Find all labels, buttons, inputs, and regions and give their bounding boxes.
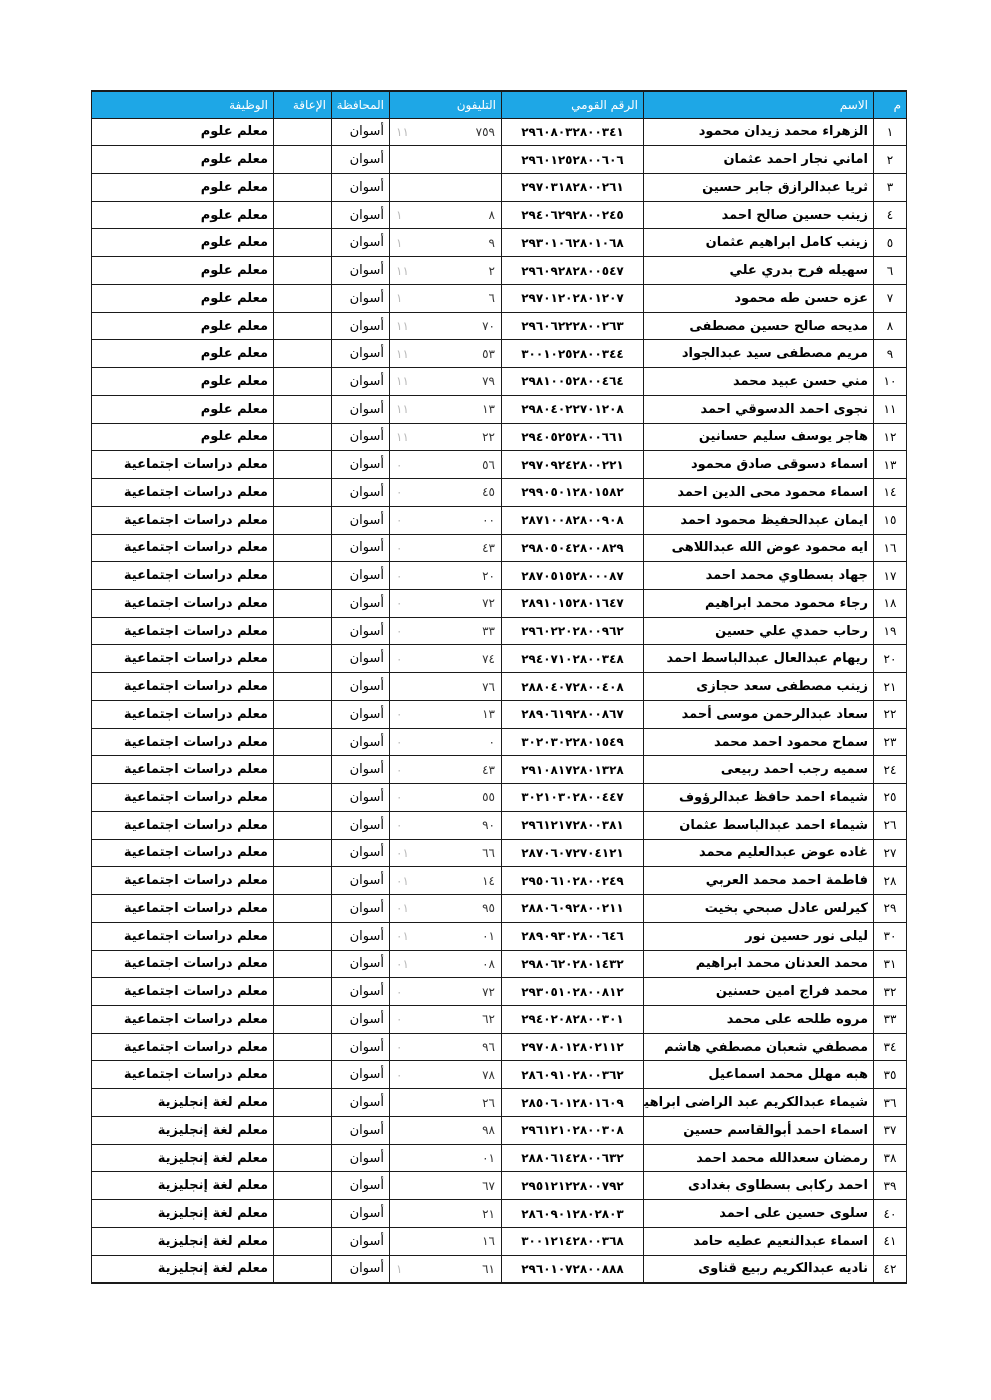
national-id-cell: ٢٩٤٠٥٢٥٢٨٠٠٦٦١: [502, 423, 644, 451]
row-number: ٣: [874, 173, 907, 201]
header-row: م الاسم الرقم القومي التليفون المحافظة ا…: [92, 91, 907, 118]
job-cell: معلم دراسات اجتماعية: [92, 700, 274, 728]
national-id-cell: ٢٩٨٠٤٠٢٢٧٠١٢٠٨: [502, 395, 644, 423]
governorate-cell: أسوان: [332, 562, 390, 590]
phone-visible-end: ٠: [396, 790, 402, 804]
name-cell: هاجر يوسف سليم حسانين: [644, 423, 874, 451]
table-row: ٤١اسماء عبدالنعيم عطيه حامد٣٠٠١٢١٤٢٨٠٠٣٦…: [92, 1227, 907, 1255]
row-number: ٢٩: [874, 895, 907, 923]
phone-visible-start: ٧٥٩: [476, 125, 495, 139]
phone-visible-end: ١: [396, 1262, 402, 1276]
phone-cell: ٨١: [390, 201, 502, 229]
table-row: ٣٠ليلى نور حسين نور٢٨٩٠٩٣٠٢٨٠٠٦٤٦٠١٠١أسو…: [92, 922, 907, 950]
phone-visible-start: ٦: [489, 291, 495, 305]
row-number: ١٢: [874, 423, 907, 451]
name-cell: جهاد بسطاوي محمد احمد: [644, 562, 874, 590]
row-number: ١٥: [874, 506, 907, 534]
job-cell: معلم دراسات اجتماعية: [92, 895, 274, 923]
governorate-cell: أسوان: [332, 756, 390, 784]
name-cell: فاطمة احمد محمد العربي: [644, 867, 874, 895]
phone-redaction: [412, 148, 473, 171]
job-cell: معلم دراسات اجتماعية: [92, 867, 274, 895]
name-cell: اسماء دسوقى صادق محمود: [644, 451, 874, 479]
national-id-cell: ٢٩٦٠٢٢٠٢٨٠٠٩٦٢: [502, 617, 644, 645]
national-id-cell: ٣٠٠١٠٢٥٢٨٠٠٣٤٤: [502, 340, 644, 368]
national-id-cell: ٢٩٤٠٦٢٩٢٨٠٠٢٤٥: [502, 201, 644, 229]
governorate-cell: أسوان: [332, 395, 390, 423]
table-header: م الاسم الرقم القومي التليفون المحافظة ا…: [92, 91, 907, 118]
phone-cell: ٧٥٩١١: [390, 118, 502, 146]
phone-visible-end: ٠: [396, 569, 402, 583]
phone-visible-end: ١١: [396, 402, 409, 416]
name-cell: كيرلس عادل صبحي بخيت: [644, 895, 874, 923]
job-cell: معلم دراسات اجتماعية: [92, 978, 274, 1006]
phone-cell: ٢٠٠: [390, 562, 502, 590]
table-row: ١الزهراء محمد زيدان محمود٢٩٦٠٨٠٣٢٨٠٠٣٤١٧…: [92, 118, 907, 146]
name-cell: مصطفي شعبان مصطفي هاشم: [644, 1033, 874, 1061]
job-cell: معلم علوم: [92, 257, 274, 285]
disability-cell: [274, 1227, 332, 1255]
name-cell: مروه طلحه على محمد: [644, 1006, 874, 1034]
phone-visible-end: ٠: [396, 541, 402, 555]
phone-redaction: [412, 897, 473, 920]
national-id-cell: ٣٠٠١٢١٤٢٨٠٠٣٦٨: [502, 1227, 644, 1255]
phone-redaction: [412, 1202, 473, 1225]
table-row: ٦سهيله فرح بدري علي٢٩٦٠٩٢٨٢٨٠٠٥٤٧٢١١أسوا…: [92, 257, 907, 285]
national-id-cell: ٢٩٨١٠٠٥٢٨٠٠٤٦٤: [502, 368, 644, 396]
job-cell: معلم لغة إنجليزية: [92, 1255, 274, 1283]
job-cell: معلم علوم: [92, 118, 274, 146]
table-row: ١٨رجاء محمود محمد ابراهيم٢٨٩١٠١٥٢٨٠١٦٤٧٧…: [92, 589, 907, 617]
disability-cell: [274, 784, 332, 812]
phone-cell: ٦٦٠١: [390, 839, 502, 867]
phone-cell: ٩٨: [390, 1116, 502, 1144]
phone-visible-end: ٠: [396, 1012, 402, 1026]
name-cell: مني حسن عبيد محمد: [644, 368, 874, 396]
phone-visible-start: ٠٠: [482, 513, 495, 527]
phone-visible-end: ١١: [396, 347, 409, 361]
national-id-cell: ٢٩٤٠٢٠٨٢٨٠٠٣٠١: [502, 1006, 644, 1034]
phone-cell: ١٣١١: [390, 395, 502, 423]
row-number: ٢٥: [874, 784, 907, 812]
governorate-cell: أسوان: [332, 257, 390, 285]
header-national-id: الرقم القومي: [502, 91, 644, 118]
national-id-cell: ٢٩٤٠٧١٠٢٨٠٠٣٤٨: [502, 645, 644, 673]
row-number: ٣٤: [874, 1033, 907, 1061]
phone-cell: ٥٦٠: [390, 451, 502, 479]
row-number: ١٨: [874, 589, 907, 617]
phone-redaction: [412, 342, 473, 365]
name-cell: رمضان سعدالله محمد احمد: [644, 1144, 874, 1172]
disability-cell: [274, 229, 332, 257]
table-row: ٢٧غاده عوض عبدالعليم محمد٢٨٧٠٦٠٧٢٧٠٤١٢١٦…: [92, 839, 907, 867]
phone-visible-start: ٠: [489, 735, 495, 749]
row-number: ٣٧: [874, 1116, 907, 1144]
governorate-cell: أسوان: [332, 1061, 390, 1089]
governorate-cell: أسوان: [332, 1006, 390, 1034]
job-cell: معلم دراسات اجتماعية: [92, 839, 274, 867]
table-row: ٤٢ناديه عبدالكريم ربيع قناوى٢٩٦٠١٠٧٢٨٠٠٨…: [92, 1255, 907, 1283]
row-number: ٤٠: [874, 1200, 907, 1228]
row-number: ١٣: [874, 451, 907, 479]
row-number: ٥: [874, 229, 907, 257]
disability-cell: [274, 1089, 332, 1117]
name-cell: احمد ركابى بسطاوى بغدادى: [644, 1172, 874, 1200]
table-row: ٨مديحه صالح حسين مصطفى٢٩٦٠٦٢٢٢٨٠٠٢٦٣٧٠١١…: [92, 312, 907, 340]
disability-cell: [274, 118, 332, 146]
disability-cell: [274, 312, 332, 340]
phone-visible-end: ٠١: [396, 901, 409, 915]
name-cell: ايمان عبدالحفيظ محمود احمد: [644, 506, 874, 534]
phone-visible-end: ٠: [396, 485, 402, 499]
governorate-cell: أسوان: [332, 978, 390, 1006]
phone-redaction: [412, 842, 473, 865]
phone-redaction: [412, 259, 473, 282]
job-cell: معلم دراسات اجتماعية: [92, 534, 274, 562]
name-cell: هبه مهلل محمد اسماعيل: [644, 1061, 874, 1089]
governorate-cell: أسوان: [332, 340, 390, 368]
national-id-cell: ٢٩٩٠٥٠١٢٨٠١٥٨٢: [502, 479, 644, 507]
phone-cell: ٩١: [390, 229, 502, 257]
table-row: ٣٧اسماء احمد أبوالقاسم حسين٢٩٦١٢١٠٢٨٠٠٣٠…: [92, 1116, 907, 1144]
governorate-cell: أسوان: [332, 728, 390, 756]
phone-visible-start: ٧٦: [482, 680, 495, 694]
disability-cell: [274, 395, 332, 423]
job-cell: معلم علوم: [92, 201, 274, 229]
phone-cell: ٠٠٠: [390, 506, 502, 534]
governorate-cell: أسوان: [332, 368, 390, 396]
disability-cell: [274, 340, 332, 368]
disability-cell: [274, 1200, 332, 1228]
name-cell: زينب حسين صالح احمد: [644, 201, 874, 229]
table-row: ١٥ايمان عبدالحفيظ محمود احمد٢٨٧١٠٠٨٢٨٠٠٩…: [92, 506, 907, 534]
phone-redaction: [412, 925, 473, 948]
phone-redaction: [412, 231, 473, 254]
table-row: ٥زينب كامل ابراهيم عثمان٢٩٣٠١٠٦٢٨٠١٠٦٨٩١…: [92, 229, 907, 257]
name-cell: اسماء محمود محى الدين احمد: [644, 479, 874, 507]
name-cell: شيماء احمد حافظ عبدالرؤوف: [644, 784, 874, 812]
governorate-cell: أسوان: [332, 1255, 390, 1283]
table-row: ١٦ايه محمود عوض الله عبداللاهى٢٩٨٠٥٠٤٢٨٠…: [92, 534, 907, 562]
row-number: ١٤: [874, 479, 907, 507]
name-cell: ليلى نور حسين نور: [644, 922, 874, 950]
row-number: ٢٨: [874, 867, 907, 895]
national-id-cell: ٢٨٩٠٦١٩٢٨٠٠٨٦٧: [502, 700, 644, 728]
phone-visible-start: ٠٨: [482, 957, 495, 971]
disability-cell: [274, 589, 332, 617]
phone-visible-end: ١١: [396, 319, 409, 333]
disability-cell: [274, 534, 332, 562]
header-name: الاسم: [644, 91, 874, 118]
row-number: ٢: [874, 146, 907, 174]
phone-visible-end: ١١: [396, 430, 409, 444]
phone-visible-end: ٠: [396, 652, 402, 666]
row-number: ٤١: [874, 1227, 907, 1255]
phone-cell: ١٦: [390, 1227, 502, 1255]
disability-cell: [274, 506, 332, 534]
phone-visible-end: ٠١: [396, 957, 409, 971]
phone-redaction: [412, 370, 473, 393]
name-cell: مديحه صالح حسين مصطفى: [644, 312, 874, 340]
disability-cell: [274, 617, 332, 645]
governorate-cell: أسوان: [332, 312, 390, 340]
table-row: ٢٢سعاد عبدالرحمن موسى أحمد٢٨٩٠٦١٩٢٨٠٠٨٦٧…: [92, 700, 907, 728]
national-id-cell: ٢٨٦٠٩١٠٢٨٠٠٣٦٢: [502, 1061, 644, 1089]
phone-visible-start: ٦١: [482, 1262, 495, 1276]
disability-cell: [274, 645, 332, 673]
governorate-cell: أسوان: [332, 451, 390, 479]
governorate-cell: أسوان: [332, 922, 390, 950]
phone-cell: ٠٨٠١: [390, 950, 502, 978]
phone-visible-start: ٦٦: [482, 846, 495, 860]
table-row: ٢١زينب مصطفى سعد حجازى٢٨٨٠٤٠٧٢٨٠٠٤٠٨٧٦أس…: [92, 673, 907, 701]
phone-visible-start: ٧٠: [482, 319, 495, 333]
governorate-cell: أسوان: [332, 784, 390, 812]
phone-visible-end: ٠١: [396, 929, 409, 943]
disability-cell: [274, 257, 332, 285]
row-number: ٣٨: [874, 1144, 907, 1172]
table-row: ١٩رحاب حمدي علي حسين٢٩٦٠٢٢٠٢٨٠٠٩٦٢٣٣٠أسو…: [92, 617, 907, 645]
job-cell: معلم علوم: [92, 173, 274, 201]
job-cell: معلم دراسات اجتماعية: [92, 589, 274, 617]
phone-redaction: [412, 1230, 473, 1253]
job-cell: معلم دراسات اجتماعية: [92, 479, 274, 507]
phone-cell: ٧٨٠: [390, 1061, 502, 1089]
governorate-cell: أسوان: [332, 1200, 390, 1228]
disability-cell: [274, 700, 332, 728]
phone-visible-start: ١٣: [482, 707, 495, 721]
phone-redaction: [412, 758, 473, 781]
phone-visible-start: ٩٦: [482, 1040, 495, 1054]
phone-redaction: [412, 481, 473, 504]
name-cell: شيماء عبدالكريم عبد الراضى ابراهيم: [644, 1089, 874, 1117]
table-row: ١٠مني حسن عبيد محمد٢٩٨١٠٠٥٢٨٠٠٤٦٤٧٩١١أسو…: [92, 368, 907, 396]
name-cell: ايه محمود عوض الله عبداللاهى: [644, 534, 874, 562]
job-cell: معلم لغة إنجليزية: [92, 1172, 274, 1200]
phone-cell: ٠٠: [390, 728, 502, 756]
job-cell: معلم لغة إنجليزية: [92, 1144, 274, 1172]
national-id-cell: ٢٩١٠٨١٧٢٨٠١٣٢٨: [502, 756, 644, 784]
name-cell: مريم مصطفى سيد عبدالجواد: [644, 340, 874, 368]
phone-visible-end: ٠: [396, 1040, 402, 1054]
governorate-cell: أسوان: [332, 1227, 390, 1255]
phone-visible-start: ٩٥: [482, 901, 495, 915]
phone-redaction: [412, 537, 473, 560]
phone-redaction: [412, 1258, 473, 1280]
phone-redaction: [412, 315, 473, 338]
national-id-cell: ٢٩٦٠١٢٥٢٨٠٠٦٠٦: [502, 146, 644, 174]
disability-cell: [274, 479, 332, 507]
table-row: ٩مريم مصطفى سيد عبدالجواد٣٠٠١٠٢٥٢٨٠٠٣٤٤٥…: [92, 340, 907, 368]
phone-redaction: [412, 509, 473, 532]
table-row: ١٢هاجر يوسف سليم حسانين٢٩٤٠٥٢٥٢٨٠٠٦٦١٢٢١…: [92, 423, 907, 451]
name-cell: ثريا عبدالرازق جابر حسين: [644, 173, 874, 201]
job-cell: معلم دراسات اجتماعية: [92, 811, 274, 839]
phone-redaction: [412, 1036, 473, 1059]
phone-visible-start: ٧٢: [482, 985, 495, 999]
table-row: ١٤اسماء محمود محى الدين احمد٢٩٩٠٥٠١٢٨٠١٥…: [92, 479, 907, 507]
phone-cell: [390, 173, 502, 201]
governorate-cell: أسوان: [332, 201, 390, 229]
row-number: ١٦: [874, 534, 907, 562]
governorate-cell: أسوان: [332, 589, 390, 617]
row-number: ٦: [874, 257, 907, 285]
phone-redaction: [412, 647, 473, 670]
row-number: ١١: [874, 395, 907, 423]
phone-visible-start: ٨: [489, 208, 495, 222]
phone-visible-start: ٧٤: [482, 652, 495, 666]
row-number: ٩: [874, 340, 907, 368]
row-number: ١٩: [874, 617, 907, 645]
row-number: ١: [874, 118, 907, 146]
disability-cell: [274, 978, 332, 1006]
job-cell: معلم دراسات اجتماعية: [92, 673, 274, 701]
phone-visible-end: ٠١: [396, 874, 409, 888]
table-row: ٣٤مصطفي شعبان مصطفي هاشم٢٩٧٠٨٠١٢٨٠٢١١٢٩٦…: [92, 1033, 907, 1061]
table-row: ٣١محمد العدنان محمد ابراهيم٢٩٨٠٦٢٠٢٨٠١٤٣…: [92, 950, 907, 978]
national-id-cell: ٢٨٦٠٩٠١٢٨٠٢٨٠٣: [502, 1200, 644, 1228]
row-number: ٧: [874, 284, 907, 312]
national-id-cell: ٢٩٣٠١٠٦٢٨٠١٠٦٨: [502, 229, 644, 257]
job-cell: معلم علوم: [92, 146, 274, 174]
phone-visible-start: ٩٠: [482, 818, 495, 832]
table-row: ٣ثريا عبدالرازق جابر حسين٢٩٧٠٣١٨٢٨٠٠٢٦١أ…: [92, 173, 907, 201]
job-cell: معلم دراسات اجتماعية: [92, 1061, 274, 1089]
row-number: ٣٩: [874, 1172, 907, 1200]
disability-cell: [274, 839, 332, 867]
job-cell: معلم دراسات اجتماعية: [92, 1006, 274, 1034]
governorate-cell: أسوان: [332, 423, 390, 451]
phone-cell: ٦١١: [390, 1255, 502, 1283]
national-id-cell: ٢٨٧٠٦٠٧٢٧٠٤١٢١: [502, 839, 644, 867]
name-cell: ناديه عبدالكريم ربيع قناوى: [644, 1255, 874, 1283]
governorate-cell: أسوان: [332, 229, 390, 257]
row-number: ٣٥: [874, 1061, 907, 1089]
governorate-cell: أسوان: [332, 1144, 390, 1172]
phone-cell: ٥٣١١: [390, 340, 502, 368]
governorate-cell: أسوان: [332, 506, 390, 534]
phone-visible-start: ٣٣: [482, 624, 495, 638]
phone-cell: ٦١: [390, 284, 502, 312]
phone-visible-end: ١: [396, 291, 402, 305]
name-cell: ريهام عبدالعال عبدالباسط احمد: [644, 645, 874, 673]
phone-visible-start: ٧٨: [482, 1068, 495, 1082]
job-cell: معلم علوم: [92, 368, 274, 396]
row-number: ٢٦: [874, 811, 907, 839]
phone-visible-start: ٥٦: [482, 458, 495, 472]
table-row: ٣٣مروه طلحه على محمد٢٩٤٠٢٠٨٢٨٠٠٣٠١٦٢٠أسو…: [92, 1006, 907, 1034]
phone-visible-start: ٩: [489, 236, 495, 250]
name-cell: اماني نجار احمد عثمان: [644, 146, 874, 174]
phone-visible-start: ٢١: [482, 1207, 495, 1221]
phone-cell: [390, 146, 502, 174]
phone-redaction: [412, 453, 473, 476]
phone-visible-end: ١١: [396, 264, 409, 278]
table-row: ٢٠ريهام عبدالعال عبدالباسط احمد٢٩٤٠٧١٠٢٨…: [92, 645, 907, 673]
governorate-cell: أسوان: [332, 617, 390, 645]
header-m: م: [874, 91, 907, 118]
table-body: ١الزهراء محمد زيدان محمود٢٩٦٠٨٠٣٢٨٠٠٣٤١٧…: [92, 118, 907, 1283]
national-id-cell: ٢٩٥١٢١٢٢٨٠٠٧٩٢: [502, 1172, 644, 1200]
national-id-cell: ٢٨٨٠٤٠٧٢٨٠٠٤٠٨: [502, 673, 644, 701]
phone-redaction: [412, 620, 473, 643]
table-row: ٢٥شيماء احمد حافظ عبدالرؤوف٣٠٢١٠٣٠٢٨٠٠٤٤…: [92, 784, 907, 812]
job-cell: معلم لغة إنجليزية: [92, 1089, 274, 1117]
name-cell: اسماء عبدالنعيم عطيه حامد: [644, 1227, 874, 1255]
disability-cell: [274, 673, 332, 701]
row-number: ٢٣: [874, 728, 907, 756]
table-row: ٣٢محمد فراج امين حسنين٢٩٣٠٥١٠٢٨٠٠٨١٢٧٢٠أ…: [92, 978, 907, 1006]
disability-cell: [274, 451, 332, 479]
job-cell: معلم دراسات اجتماعية: [92, 756, 274, 784]
phone-visible-start: ٤٣: [482, 763, 495, 777]
phone-visible-end: ٠: [396, 624, 402, 638]
phone-cell: ١٤٠١: [390, 867, 502, 895]
table-row: ٢٩كيرلس عادل صبحي بخيت٢٨٨٠٦٠٩٢٨٠٠٢١١٩٥٠١…: [92, 895, 907, 923]
name-cell: نجوى احمد الدسوقي احمد: [644, 395, 874, 423]
row-number: ٢٢: [874, 700, 907, 728]
phone-cell: ٩٥٠١: [390, 895, 502, 923]
governorate-cell: أسوان: [332, 479, 390, 507]
row-number: ٢١: [874, 673, 907, 701]
governorate-cell: أسوان: [332, 700, 390, 728]
phone-visible-end: ٠: [396, 763, 402, 777]
phone-cell: ٦٧: [390, 1172, 502, 1200]
job-cell: معلم علوم: [92, 395, 274, 423]
phone-cell: ٧٩١١: [390, 368, 502, 396]
job-cell: معلم علوم: [92, 423, 274, 451]
governorate-cell: أسوان: [332, 895, 390, 923]
phone-redaction: [412, 731, 473, 754]
table-row: ١١نجوى احمد الدسوقي احمد٢٩٨٠٤٠٢٢٧٠١٢٠٨١٣…: [92, 395, 907, 423]
phone-cell: ١٣٠: [390, 700, 502, 728]
phone-visible-end: ١١: [396, 125, 409, 139]
disability-cell: [274, 867, 332, 895]
phone-cell: ٢١١: [390, 257, 502, 285]
table-row: ٤زينب حسين صالح احمد٢٩٤٠٦٢٩٢٨٠٠٢٤٥٨١أسوا…: [92, 201, 907, 229]
national-id-cell: ٢٩٧٠٩٢٤٢٨٠٠٢٢١: [502, 451, 644, 479]
phone-redaction: [412, 1147, 473, 1170]
name-cell: عزه حسن طه محمود: [644, 284, 874, 312]
phone-cell: ٧٤٠: [390, 645, 502, 673]
phone-visible-start: ٥٣: [482, 347, 495, 361]
table-row: ٧عزه حسن طه محمود٢٩٧٠١٢٠٢٨٠١٢٠٧٦١أسوانمع…: [92, 284, 907, 312]
disability-cell: [274, 368, 332, 396]
job-cell: معلم دراسات اجتماعية: [92, 784, 274, 812]
phone-cell: ٤٣٠: [390, 534, 502, 562]
phone-visible-start: ٠١: [482, 1151, 495, 1165]
phone-redaction: [412, 204, 473, 227]
phone-visible-start: ٠١: [482, 929, 495, 943]
governorate-cell: أسوان: [332, 1116, 390, 1144]
name-cell: الزهراء محمد زيدان محمود: [644, 118, 874, 146]
phone-visible-end: ٠: [396, 818, 402, 832]
governorate-cell: أسوان: [332, 645, 390, 673]
name-cell: شيماء احمد عبدالباسط عثمان: [644, 811, 874, 839]
phone-visible-start: ٧٩: [482, 374, 495, 388]
disability-cell: [274, 895, 332, 923]
governorate-cell: أسوان: [332, 673, 390, 701]
phone-cell: ٩٦٠: [390, 1033, 502, 1061]
disability-cell: [274, 756, 332, 784]
phone-visible-start: ٤٣: [482, 541, 495, 555]
name-cell: سعاد عبدالرحمن موسى أحمد: [644, 700, 874, 728]
disability-cell: [274, 1172, 332, 1200]
name-cell: سميه رجب احمد ربيعى: [644, 756, 874, 784]
phone-visible-end: ٠: [396, 735, 402, 749]
row-number: ٢٠: [874, 645, 907, 673]
disability-cell: [274, 728, 332, 756]
